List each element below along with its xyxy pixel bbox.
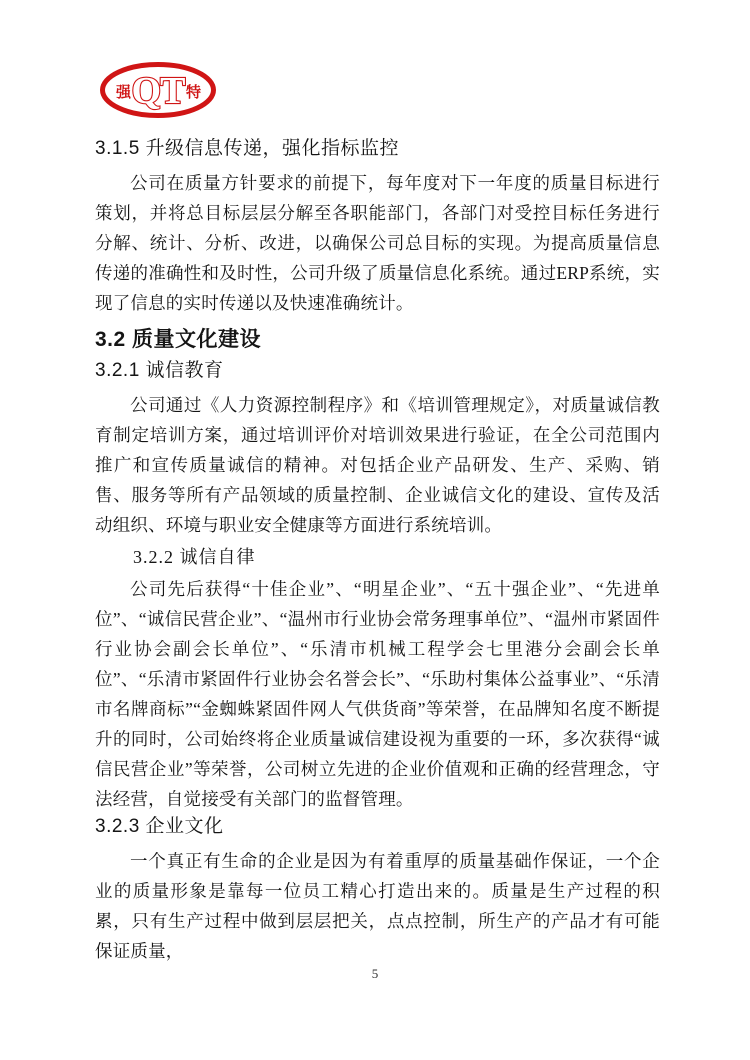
paragraph-3-1-5: 公司在质量方针要求的前提下，每年度对下一年度的质量目标进行策划，并将总目标层层分…: [95, 168, 660, 318]
heading-3-2-3: 3.2.3 企业文化: [95, 814, 660, 840]
heading-3-2: 3.2 质量文化建设: [95, 326, 660, 354]
company-logo: 强 QT 特: [99, 62, 217, 118]
paragraph-3-2-2: 公司先后获得“十佳企业”、“明星企业”、“五十强企业”、“先进单位”、“诚信民营…: [95, 574, 660, 814]
logo-center-text: QT: [132, 70, 186, 112]
page-number: 5: [0, 966, 750, 982]
paragraph-3-2-3: 一个真正有生命的企业是因为有着重厚的质量基础作保证，一个企业的质量形象是靠每一位…: [95, 846, 660, 966]
logo-right-char: 特: [186, 84, 201, 101]
paragraph-3-2-1: 公司通过《人力资源控制程序》和《培训管理规定》，对质量诚信教育制定培训方案，通过…: [95, 390, 660, 540]
logo-left-char: 强: [115, 83, 132, 101]
document-page: 强 QT 特 3.1.5 升级信息传递，强化指标监控 公司在质量方针要求的前提下…: [0, 0, 750, 1060]
heading-3-2-1: 3.2.1 诚信教育: [95, 358, 660, 384]
heading-3-1-5: 3.1.5 升级信息传递，强化指标监控: [95, 136, 660, 162]
heading-3-2-2: 3.2.2 诚信自律: [133, 544, 660, 570]
